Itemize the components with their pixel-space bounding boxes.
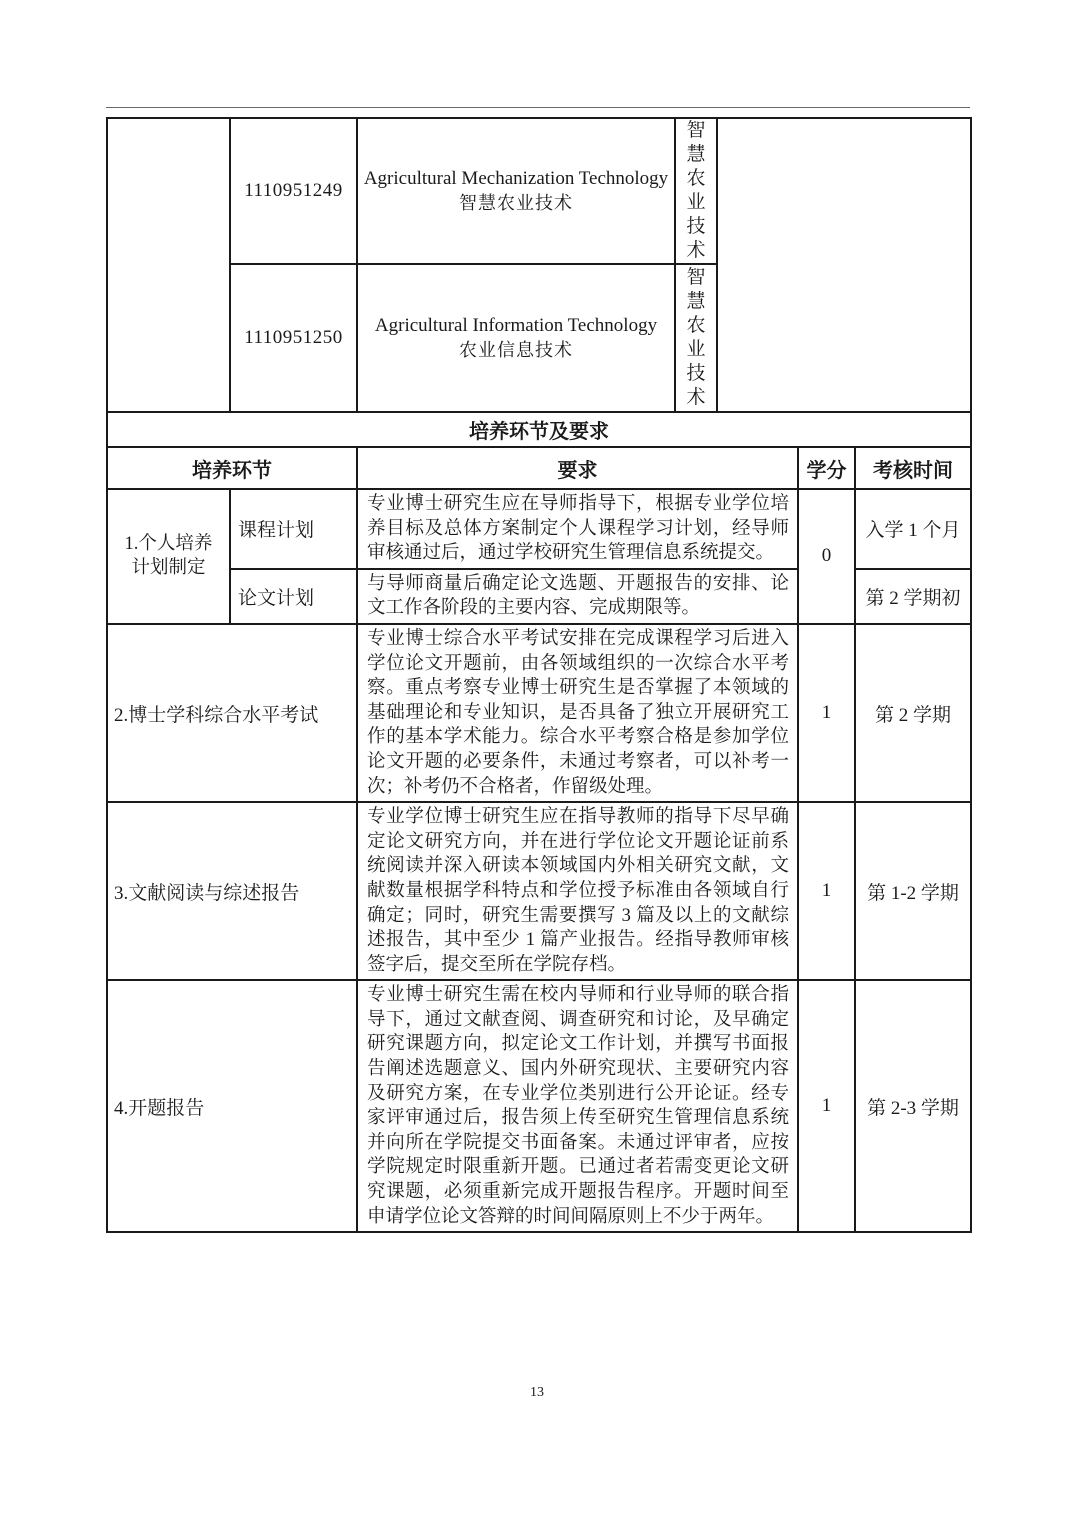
- time-course-plan: 入学 1 个月: [855, 489, 971, 569]
- column-header-row: 培养环节 要求 学分 考核时间: [107, 447, 971, 489]
- training-plan-table: 1110951249 Agricultural Mechanization Te…: [106, 117, 972, 1233]
- credit-literature-review: 1: [798, 802, 855, 980]
- page-number: 13: [0, 1385, 1074, 1401]
- table-row-thesis-proposal: 4.开题报告 专业博士研究生需在校内导师和行业导师的联合指导下，通过文献查阅、调…: [107, 980, 971, 1232]
- section-title-row: 培养环节及要求: [107, 412, 971, 447]
- table-row-comprehensive-exam: 2.博士学科综合水平考试 专业博士综合水平考试安排在完成课程学习后进入学位论文开…: [107, 624, 971, 802]
- header-stage: 培养环节: [107, 447, 357, 489]
- course-field-vertical-text: 智慧农业技术: [686, 119, 707, 263]
- table-row-personal-plan-course: 1.个人培养计划制定 课程计划 专业博士研究生应在导师指导下，根据专业学位培养目…: [107, 489, 971, 569]
- time-thesis-proposal: 第 2-3 学期: [855, 980, 971, 1232]
- page-break-table-edge: [106, 107, 970, 108]
- stage-literature-review: 3.文献阅读与综述报告: [107, 802, 357, 980]
- course-code: 1110951249: [230, 118, 357, 264]
- section-title: 培养环节及要求: [107, 412, 971, 447]
- credit-comprehensive-exam: 1: [798, 624, 855, 802]
- stage-thesis-proposal: 4.开题报告: [107, 980, 357, 1232]
- course-name-cell: Agricultural Mechanization Technology 智慧…: [357, 118, 675, 264]
- requirement-literature-review: 专业学位博士研究生应在指导教师的指导下尽早确定论文研究方向，并在进行学位论文开题…: [357, 802, 798, 980]
- empty-right-cell: [717, 118, 971, 412]
- course-name-english: Agricultural Information Technology: [358, 314, 674, 338]
- stage-personal-plan-cell: 1.个人培养计划制定: [107, 489, 230, 624]
- requirement-thesis-plan: 与导师商量后确定论文选题、开题报告的安排、论文工作各阶段的主要内容、完成期限等。: [357, 569, 798, 624]
- document-page: 1110951249 Agricultural Mechanization Te…: [0, 0, 1074, 1520]
- header-requirement: 要求: [357, 447, 798, 489]
- course-field-vertical-text: 智慧农业技术: [686, 266, 707, 410]
- credit-thesis-proposal: 1: [798, 980, 855, 1232]
- course-field-cell: 智慧农业技术: [675, 118, 717, 264]
- sublabel-course-plan: 课程计划: [230, 489, 357, 569]
- time-comprehensive-exam: 第 2 学期: [855, 624, 971, 802]
- course-row: 1110951249 Agricultural Mechanization Te…: [107, 118, 971, 264]
- empty-left-cell: [107, 118, 230, 412]
- header-credit: 学分: [798, 447, 855, 489]
- course-name-chinese: 智慧农业技术: [358, 191, 674, 215]
- course-code: 1110951250: [230, 264, 357, 412]
- requirement-thesis-proposal: 专业博士研究生需在校内导师和行业导师的联合指导下，通过文献查阅、调查研究和讨论，…: [357, 980, 798, 1232]
- course-field-cell: 智慧农业技术: [675, 264, 717, 412]
- course-name-cell: Agricultural Information Technology 农业信息…: [357, 264, 675, 412]
- sublabel-thesis-plan: 论文计划: [230, 569, 357, 624]
- table-row-literature-review: 3.文献阅读与综述报告 专业学位博士研究生应在指导教师的指导下尽早确定论文研究方…: [107, 802, 971, 980]
- time-literature-review: 第 1-2 学期: [855, 802, 971, 980]
- requirement-comprehensive-exam: 专业博士综合水平考试安排在完成课程学习后进入学位论文开题前，由各领域组织的一次综…: [357, 624, 798, 802]
- header-time: 考核时间: [855, 447, 971, 489]
- time-thesis-plan: 第 2 学期初: [855, 569, 971, 624]
- stage-personal-plan-label: 1.个人培养计划制定: [119, 532, 219, 580]
- credit-personal-plan: 0: [798, 489, 855, 624]
- course-name-chinese: 农业信息技术: [358, 338, 674, 362]
- requirement-course-plan: 专业博士研究生应在导师指导下，根据专业学位培养目标及总体方案制定个人课程学习计划…: [357, 489, 798, 569]
- stage-comprehensive-exam: 2.博士学科综合水平考试: [107, 624, 357, 802]
- course-name-english: Agricultural Mechanization Technology: [358, 167, 674, 191]
